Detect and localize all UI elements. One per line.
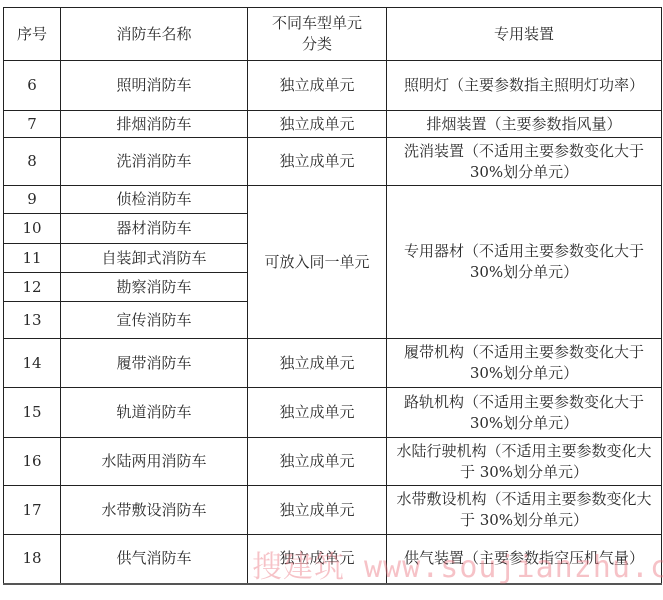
cell-truck-name: 履带消防车 — [61, 339, 248, 388]
cell-unit-category: 独立成单元 — [248, 111, 387, 138]
cell-truck-name: 洗消消防车 — [61, 138, 248, 186]
cell-special-device: 水带敷设机构（不适用主要参数变化大于 30%划分单元） — [387, 486, 662, 535]
cell-unit-category: 独立成单元 — [248, 61, 387, 111]
cell-truck-name: 器材消防车 — [61, 214, 248, 244]
cell-serial-no: 11 — [4, 244, 61, 273]
cell-serial-no: 14 — [4, 339, 61, 388]
table-row: 17 水带敷设消防车 独立成单元 水带敷设机构（不适用主要参数变化大于 30%划… — [4, 486, 662, 535]
cell-truck-name: 排烟消防车 — [61, 111, 248, 138]
cell-truck-name: 自装卸式消防车 — [61, 244, 248, 273]
cell-serial-no: 9 — [4, 186, 61, 214]
cell-serial-no: 13 — [4, 302, 61, 339]
cell-special-device-merged: 专用器材（不适用主要参数变化大于 30%划分单元） — [387, 186, 662, 339]
cell-serial-no: 6 — [4, 61, 61, 111]
cell-serial-no: 15 — [4, 388, 61, 438]
header-unit-category-line1: 不同车型单元 — [252, 13, 382, 34]
header-serial-no: 序号 — [4, 8, 61, 61]
cell-truck-name: 宣传消防车 — [61, 302, 248, 339]
cell-truck-name: 轨道消防车 — [61, 388, 248, 438]
cell-unit-category: 独立成单元 — [248, 339, 387, 388]
fire-truck-unit-table: 序号 消防车名称 不同车型单元 分类 专用装置 6 照明消防车 独立成单元 照明… — [3, 7, 662, 585]
table-row: 8 洗消消防车 独立成单元 洗消装置（不适用主要参数变化大于 30%划分单元） — [4, 138, 662, 186]
header-unit-category-line2: 分类 — [252, 34, 382, 55]
table-row: 15 轨道消防车 独立成单元 路轨机构（不适用主要参数变化大于 30%划分单元） — [4, 388, 662, 438]
cell-truck-name: 供气消防车 — [61, 535, 248, 584]
cell-truck-name: 侦检消防车 — [61, 186, 248, 214]
cell-special-device: 路轨机构（不适用主要参数变化大于 30%划分单元） — [387, 388, 662, 438]
table-row: 16 水陆两用消防车 独立成单元 水陆行驶机构（不适用主要参数变化大于 30%划… — [4, 438, 662, 486]
cell-serial-no: 18 — [4, 535, 61, 584]
cell-unit-category: 独立成单元 — [248, 438, 387, 486]
cell-unit-category: 独立成单元 — [248, 138, 387, 186]
table-row: 18 供气消防车 独立成单元 供气装置（主要参数指空压机气量） — [4, 535, 662, 584]
cell-special-device: 供气装置（主要参数指空压机气量） — [387, 535, 662, 584]
cell-special-device: 水陆行驶机构（不适用主要参数变化大于 30%划分单元） — [387, 438, 662, 486]
cell-serial-no: 16 — [4, 438, 61, 486]
cell-truck-name: 水带敷设消防车 — [61, 486, 248, 535]
header-unit-category: 不同车型单元 分类 — [248, 8, 387, 61]
cell-special-device: 履带机构（不适用主要参数变化大于 30%划分单元） — [387, 339, 662, 388]
cell-serial-no: 8 — [4, 138, 61, 186]
cell-unit-category: 独立成单元 — [248, 535, 387, 584]
table-row: 14 履带消防车 独立成单元 履带机构（不适用主要参数变化大于 30%划分单元） — [4, 339, 662, 388]
cell-unit-category: 独立成单元 — [248, 486, 387, 535]
cell-special-device: 洗消装置（不适用主要参数变化大于 30%划分单元） — [387, 138, 662, 186]
cell-truck-name: 照明消防车 — [61, 61, 248, 111]
header-row: 序号 消防车名称 不同车型单元 分类 专用装置 — [4, 8, 662, 61]
table-row: 9 侦检消防车 可放入同一单元 专用器材（不适用主要参数变化大于 30%划分单元… — [4, 186, 662, 214]
cell-truck-name: 水陆两用消防车 — [61, 438, 248, 486]
cell-special-device: 照明灯（主要参数指主照明灯功率） — [387, 61, 662, 111]
cell-unit-category: 独立成单元 — [248, 388, 387, 438]
cell-serial-no: 7 — [4, 111, 61, 138]
cell-serial-no: 17 — [4, 486, 61, 535]
cell-unit-category-merged: 可放入同一单元 — [248, 186, 387, 339]
table-row: 7 排烟消防车 独立成单元 排烟装置（主要参数指风量） — [4, 111, 662, 138]
table-row: 6 照明消防车 独立成单元 照明灯（主要参数指主照明灯功率） — [4, 61, 662, 111]
cell-serial-no: 10 — [4, 214, 61, 244]
cell-truck-name: 勘察消防车 — [61, 273, 248, 302]
cell-special-device: 排烟装置（主要参数指风量） — [387, 111, 662, 138]
header-special-device: 专用装置 — [387, 8, 662, 61]
header-truck-name: 消防车名称 — [61, 8, 248, 61]
cell-serial-no: 12 — [4, 273, 61, 302]
